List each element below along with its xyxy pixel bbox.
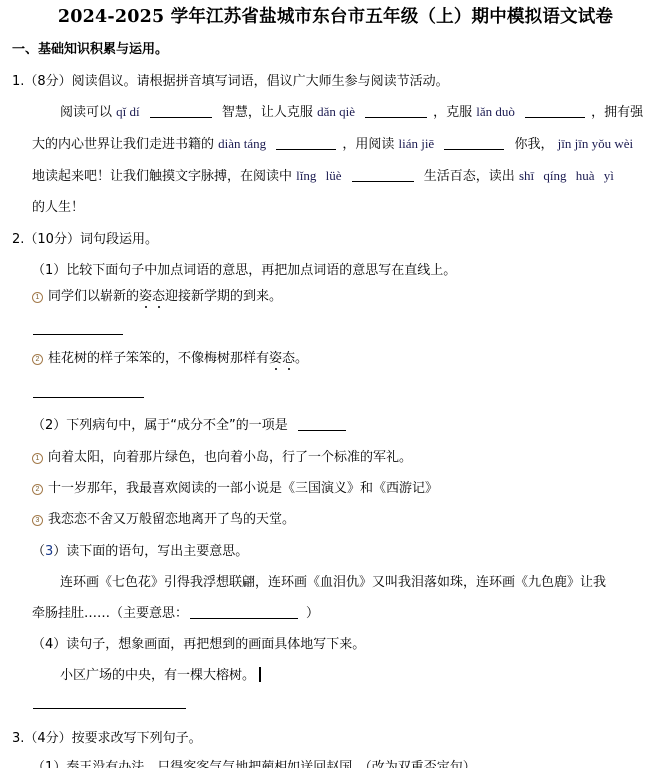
text-cursor [259, 667, 261, 682]
option-text: 我恋恋不舍又万般留恋地离开了鸟的天堂。 [48, 512, 295, 527]
pinyin-jinjinyouwei: jīn jīn yǒu wèi [558, 136, 633, 151]
q1-text: 你我， [515, 137, 554, 152]
option-text: 十一岁那年，我最喜欢阅读的一部小说是《三国演义》和《西游记》 [48, 481, 438, 496]
sentence-text: 。 [295, 351, 308, 366]
emphasis-dot-char: 姿 [139, 289, 152, 304]
blank-linglue[interactable] [352, 167, 414, 182]
circled-number-2: 2 [32, 354, 43, 365]
paragraph-text: 牵肠挂肚……（主要意思： [32, 606, 188, 621]
circled-number-2: 2 [32, 484, 43, 495]
answer-line-3[interactable] [33, 708, 186, 709]
prompt-text: （ [32, 544, 45, 559]
circled-number-1: 1 [32, 453, 43, 464]
prompt-text: ）读下面的语句，写出主要意思。 [53, 544, 248, 559]
blank-lianjie[interactable] [444, 135, 504, 150]
pinyin-diantang: diàn táng [218, 136, 266, 151]
q1-line1: 阅读可以 qǐ dí 智慧，让人克服 dǎn qiè ，克服 lǎn duò ，… [60, 101, 643, 120]
q2-sub3-paragraph-line1: 连环画《七色花》引得我浮想联翩，连环画《血泪仇》又叫我泪落如珠，连环画《九色鹿》… [60, 571, 606, 590]
q1-text: 大的内心世界让我们走进书籍的 [32, 137, 214, 152]
q2-sub2-option-1: 1向着太阳，向着那片绿色，也向着小岛，行了一个标准的军礼。 [32, 446, 412, 465]
pinyin-landuo: lǎn duò [476, 104, 515, 119]
sentence-text: 桂花树的样子笨笨的，不像梅树那样有 [48, 351, 269, 366]
prompt-text: （2）下列病句中，属于“成分不全”的一项是 [32, 418, 288, 433]
page-title: 2024-2025 学年江苏省盐城市东台市五年级（上）期中模拟语文试卷 [0, 3, 671, 28]
pinyin-qidi: qǐ dí [116, 104, 139, 119]
q1-text: ，克服 [433, 105, 472, 120]
q1-text: ，用阅读 [342, 137, 394, 152]
q2-sub1-sentence-2: 2桂花树的样子笨笨的，不像梅树那样有姿态。 [32, 347, 308, 366]
q2-sub1-prompt: （1）比较下面句子中加点词语的意思，再把加点词语的意思写在直线上。 [32, 259, 456, 278]
q1-header: 1.（8分）阅读倡议。请根据拼音填写词语，倡议广大师生参与阅读节活动。 [12, 70, 449, 89]
blank-qidi[interactable] [150, 103, 212, 118]
q2-sub4-sentence: 小区广场的中央，有一棵大榕树。 [60, 664, 261, 683]
sentence-text: 小区广场的中央，有一棵大榕树。 [60, 668, 255, 683]
q1-text: ，拥有强 [591, 105, 643, 120]
q2-sub2-prompt: （2）下列病句中，属于“成分不全”的一项是 [32, 414, 352, 433]
answer-line-1[interactable] [33, 334, 123, 335]
q3-sub1-prompt: （1）秦王没有办法，只得客客气气地把蔺相如送回赵国。（改为双重否定句） [32, 756, 476, 768]
q2-sub3-prompt: （3）读下面的语句，写出主要意思。 [32, 540, 248, 559]
blank-landuo[interactable] [525, 103, 585, 118]
q1-text: 阅读可以 [60, 105, 112, 120]
sentence-text: 同学们以崭新的 [48, 289, 139, 304]
q2-sub1-sentence-1: 1同学们以崭新的姿态迎接新学期的到来。 [32, 285, 282, 304]
pinyin-danqie: dǎn qiè [317, 104, 355, 119]
q2-header: 2.（10分）词句段运用。 [12, 228, 158, 247]
q1-text: 生活百态，读出 [424, 169, 515, 184]
blank-main-idea[interactable] [190, 604, 298, 619]
q1-text: 地读起来吧！让我们触摸文字脉搏，在阅读中 [32, 169, 292, 184]
emphasis-dot-char: 姿 [269, 351, 282, 366]
q1-line2: 大的内心世界让我们走进书籍的 diàn táng ，用阅读 lián jiē 你… [32, 133, 633, 152]
pinyin-lianjie: lián jiē [398, 136, 434, 151]
emphasis-dot-char: 态 [152, 289, 165, 304]
sentence-text: 迎接新学期的到来。 [165, 289, 282, 304]
q2-sub4-prompt: （4）读句子，想象画面，再把想到的画面具体地写下来。 [32, 633, 365, 652]
q1-text: 智慧，让人克服 [222, 105, 313, 120]
blank-danqie[interactable] [365, 103, 427, 118]
answer-line-2[interactable] [33, 397, 144, 398]
circled-number-1: 1 [32, 292, 43, 303]
q3-header: 3.（4分）按要求改写下列句子。 [12, 727, 202, 746]
blank-diantang[interactable] [276, 135, 336, 150]
blank-sub2[interactable] [298, 416, 346, 431]
pinyin-linglue: lǐng lüè [296, 168, 341, 183]
paragraph-text: ） [306, 606, 319, 621]
q2-sub2-option-3: 3我恋恋不舍又万般留恋地离开了鸟的天堂。 [32, 508, 295, 527]
q1-line4: 的人生！ [32, 196, 84, 215]
q2-sub3-paragraph-line2: 牵肠挂肚……（主要意思：） [32, 602, 319, 621]
circled-number-3: 3 [32, 515, 43, 526]
q2-sub2-option-2: 2十一岁那年，我最喜欢阅读的一部小说是《三国演义》和《西游记》 [32, 477, 438, 496]
section-heading-basics: 一、基础知识积累与运用。 [12, 38, 168, 57]
option-text: 向着太阳，向着那片绿色，也向着小岛，行了一个标准的军礼。 [48, 450, 412, 465]
q1-line3: 地读起来吧！让我们触摸文字脉搏，在阅读中 lǐng lüè 生活百态，读出 sh… [32, 165, 614, 184]
pinyin-shiqinghuayi: shī qíng huà yì [519, 168, 614, 183]
emphasis-dot-char: 态 [282, 351, 295, 366]
